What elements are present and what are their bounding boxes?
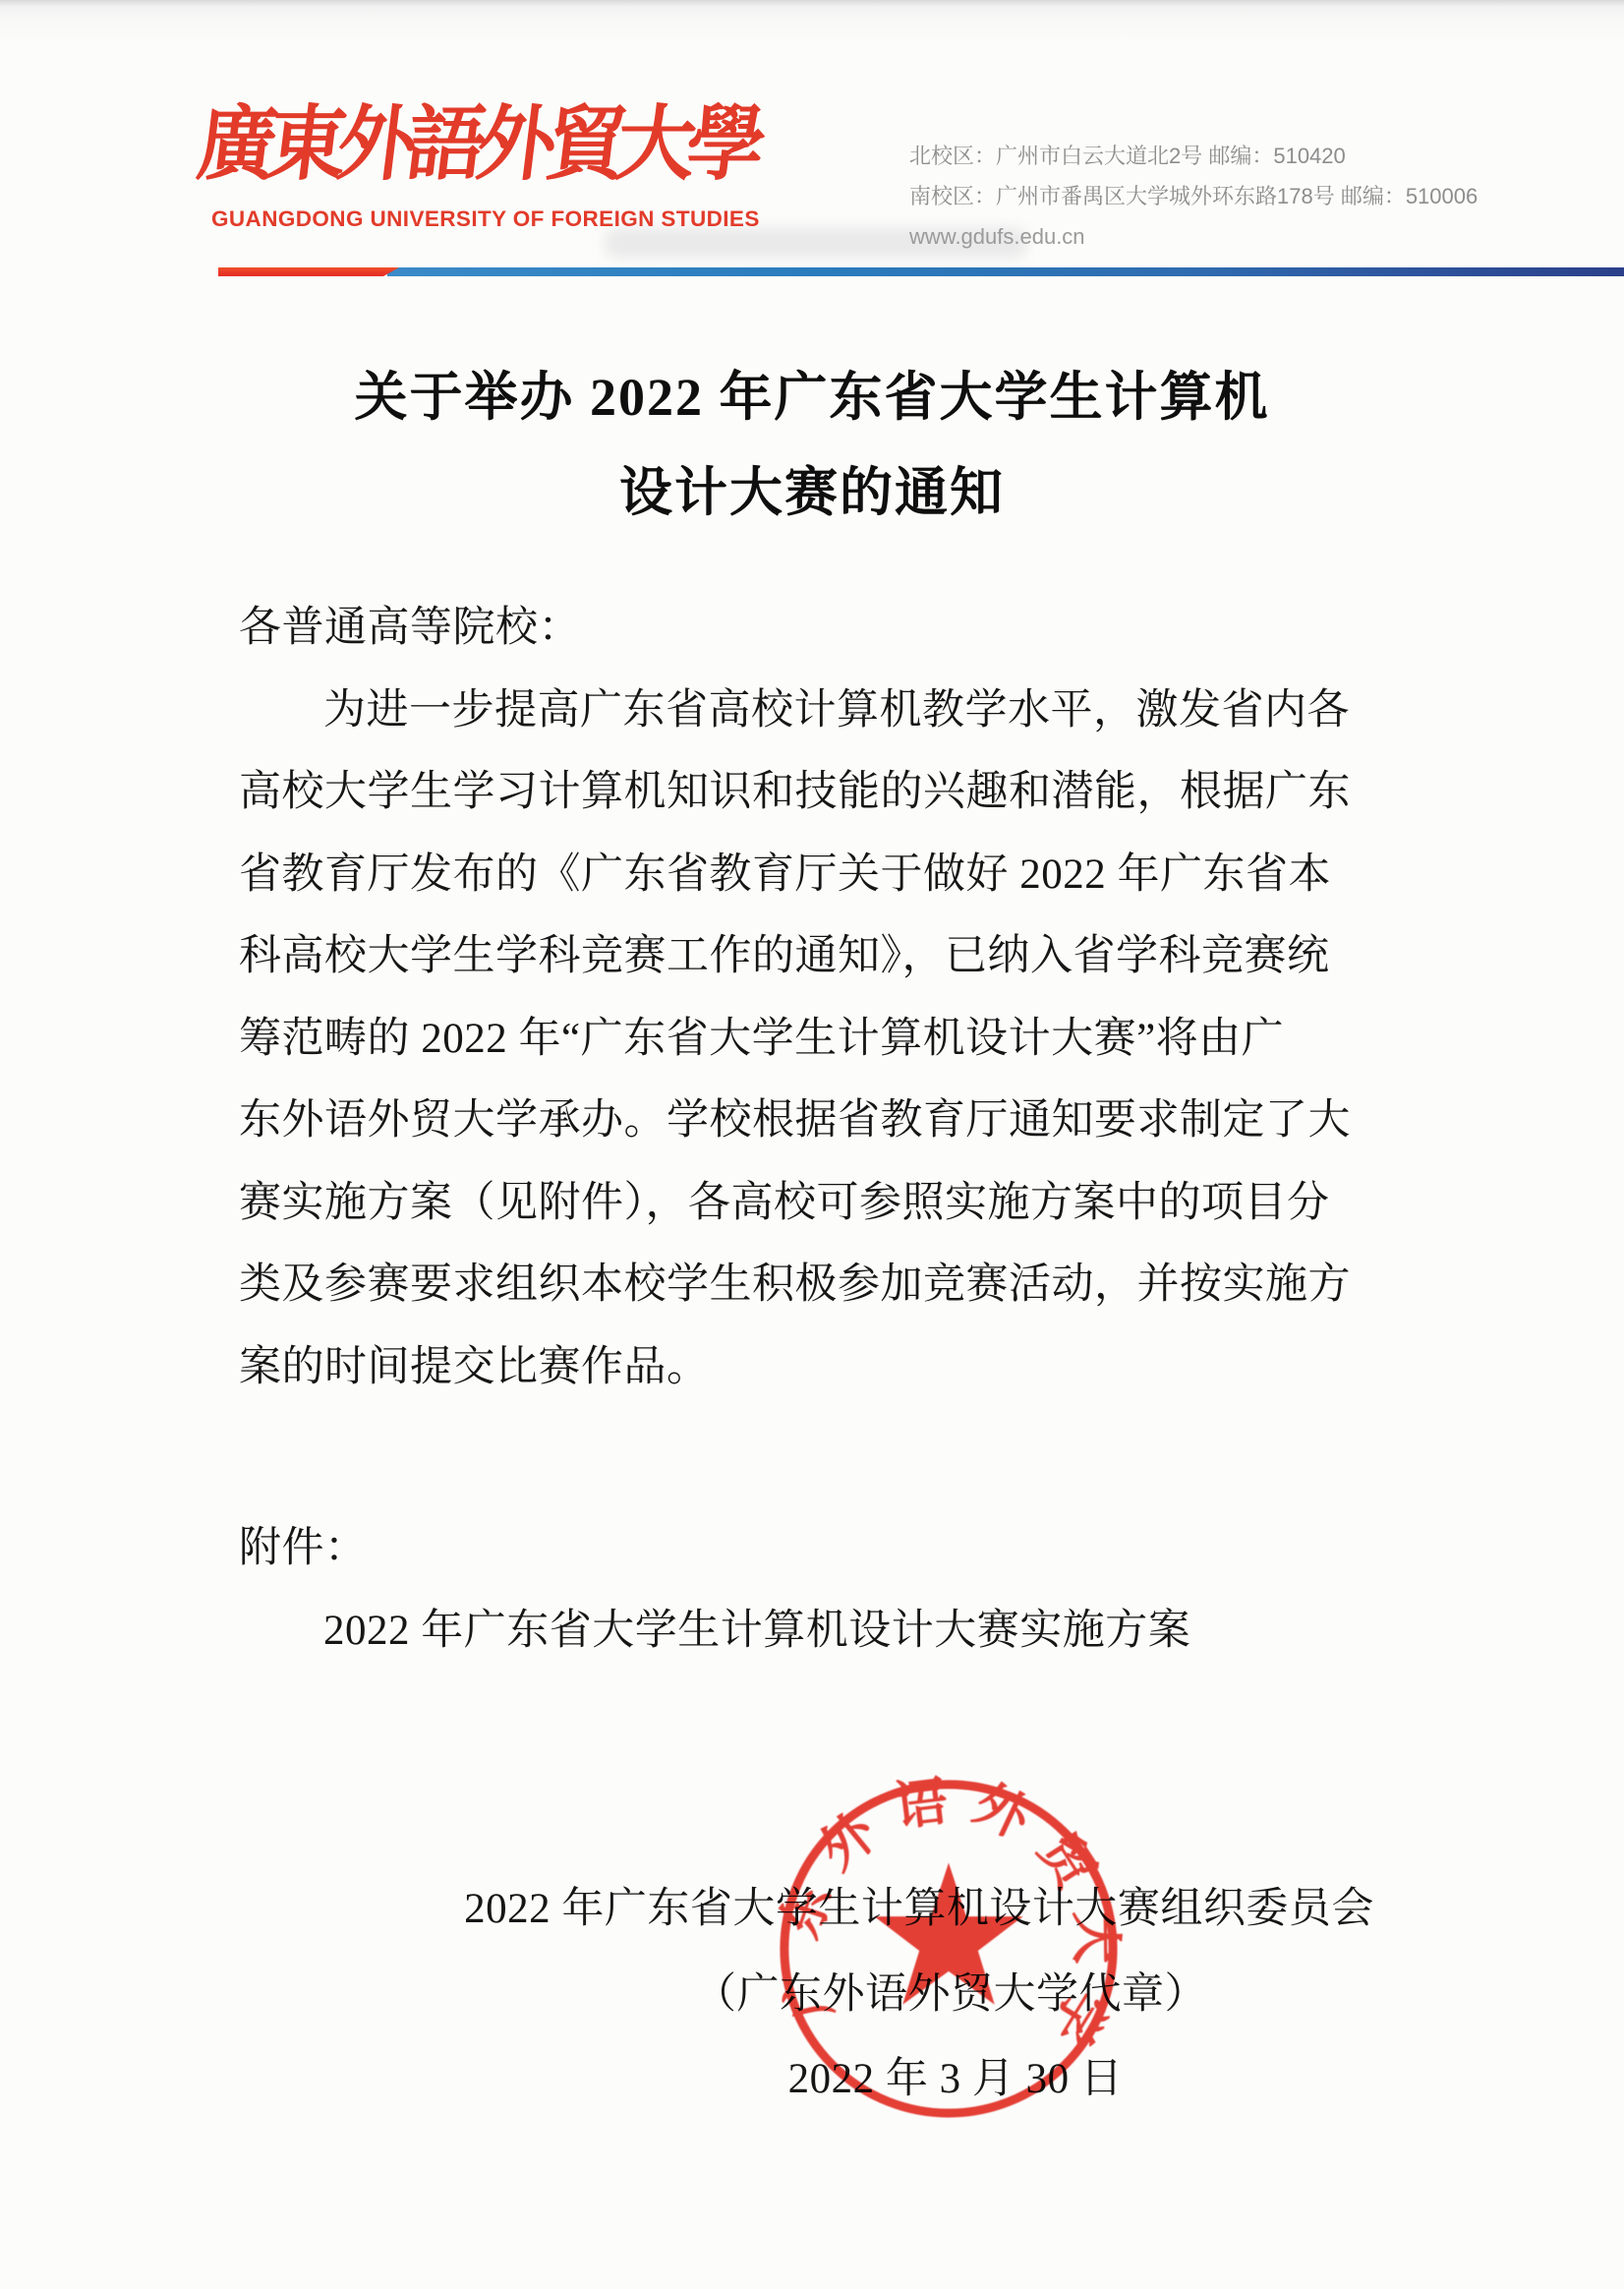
header-divider-rule — [0, 267, 1624, 276]
signature-committee: 2022 年广东省大学生计算机设计大赛组织委员会 — [464, 1875, 1374, 1935]
campus-address-block: 北校区：广州市白云大道北2号 邮编：510420 南校区：广州市番禺区大学城外环… — [909, 136, 1478, 257]
divider-blue-segment — [387, 267, 1624, 276]
notice-title-line-1: 关于举办 2022 年广东省大学生计算机 — [0, 350, 1624, 445]
body-line: 高校大学生学习计算机知识和技能的兴趣和潜能，根据广东 — [239, 751, 1404, 834]
campus-address-north: 北校区：广州市白云大道北2号 邮编：510420 — [909, 136, 1478, 176]
divider-red-segment — [218, 267, 399, 276]
signature-date: 2022 年 3 月 30 日 — [788, 2045, 1124, 2105]
signature-seal-note: （广东外语外贸大学代章） — [694, 1961, 1207, 2021]
attachment-label: 附件： — [239, 1507, 1190, 1590]
attachment-section: 附件： 2022 年广东省大学生计算机设计大赛实施方案 — [239, 1507, 1190, 1673]
university-logo-english: GUANGDONG UNIVERSITY OF FOREIGN STUDIES — [211, 206, 762, 232]
scanned-notice-document: 廣東外語外貿大學 GUANGDONG UNIVERSITY OF FOREIGN… — [0, 0, 1624, 2289]
notice-body: 各普通高等院校： 为进一步提高广东省高校计算机教学水平，激发省内各 高校大学生学… — [239, 587, 1404, 1408]
body-line: 为进一步提高广东省高校计算机教学水平，激发省内各 — [239, 670, 1404, 752]
body-line: 省教育厅发布的《广东省教育厅关于做好 2022 年广东省本 — [239, 834, 1404, 916]
body-line: 科高校大学生学科竞赛工作的通知》，已纳入省学科竞赛统 — [239, 915, 1404, 998]
body-line: 案的时间提交比赛作品。 — [239, 1326, 1404, 1409]
campus-address-south: 南校区：广州市番禺区大学城外环东路178号 邮编：510006 — [909, 176, 1478, 216]
body-line: 筹范畴的 2022 年“广东省大学生计算机设计大赛”将由广 — [239, 998, 1404, 1081]
notice-title: 关于举办 2022 年广东省大学生计算机 设计大赛的通知 — [0, 350, 1624, 541]
body-line: 类及参赛要求组织本校学生积极参加竞赛活动，并按实施方 — [239, 1244, 1404, 1326]
body-line: 东外语外贸大学承办。学校根据省教育厅通知要求制定了大 — [239, 1080, 1404, 1162]
attachment-item: 2022 年广东省大学生计算机设计大赛实施方案 — [239, 1590, 1190, 1673]
body-line: 赛实施方案（见附件），各高校可参照实施方案中的项目分 — [239, 1162, 1404, 1245]
website-url: www.gdufs.edu.cn — [909, 216, 1478, 257]
notice-title-line-2: 设计大赛的通知 — [0, 445, 1624, 541]
university-logo-calligraphy: 廣東外語外貿大學 — [192, 94, 755, 197]
scan-artifact-top-edge — [0, 0, 1624, 45]
salutation: 各普通高等院校： — [239, 587, 1404, 670]
